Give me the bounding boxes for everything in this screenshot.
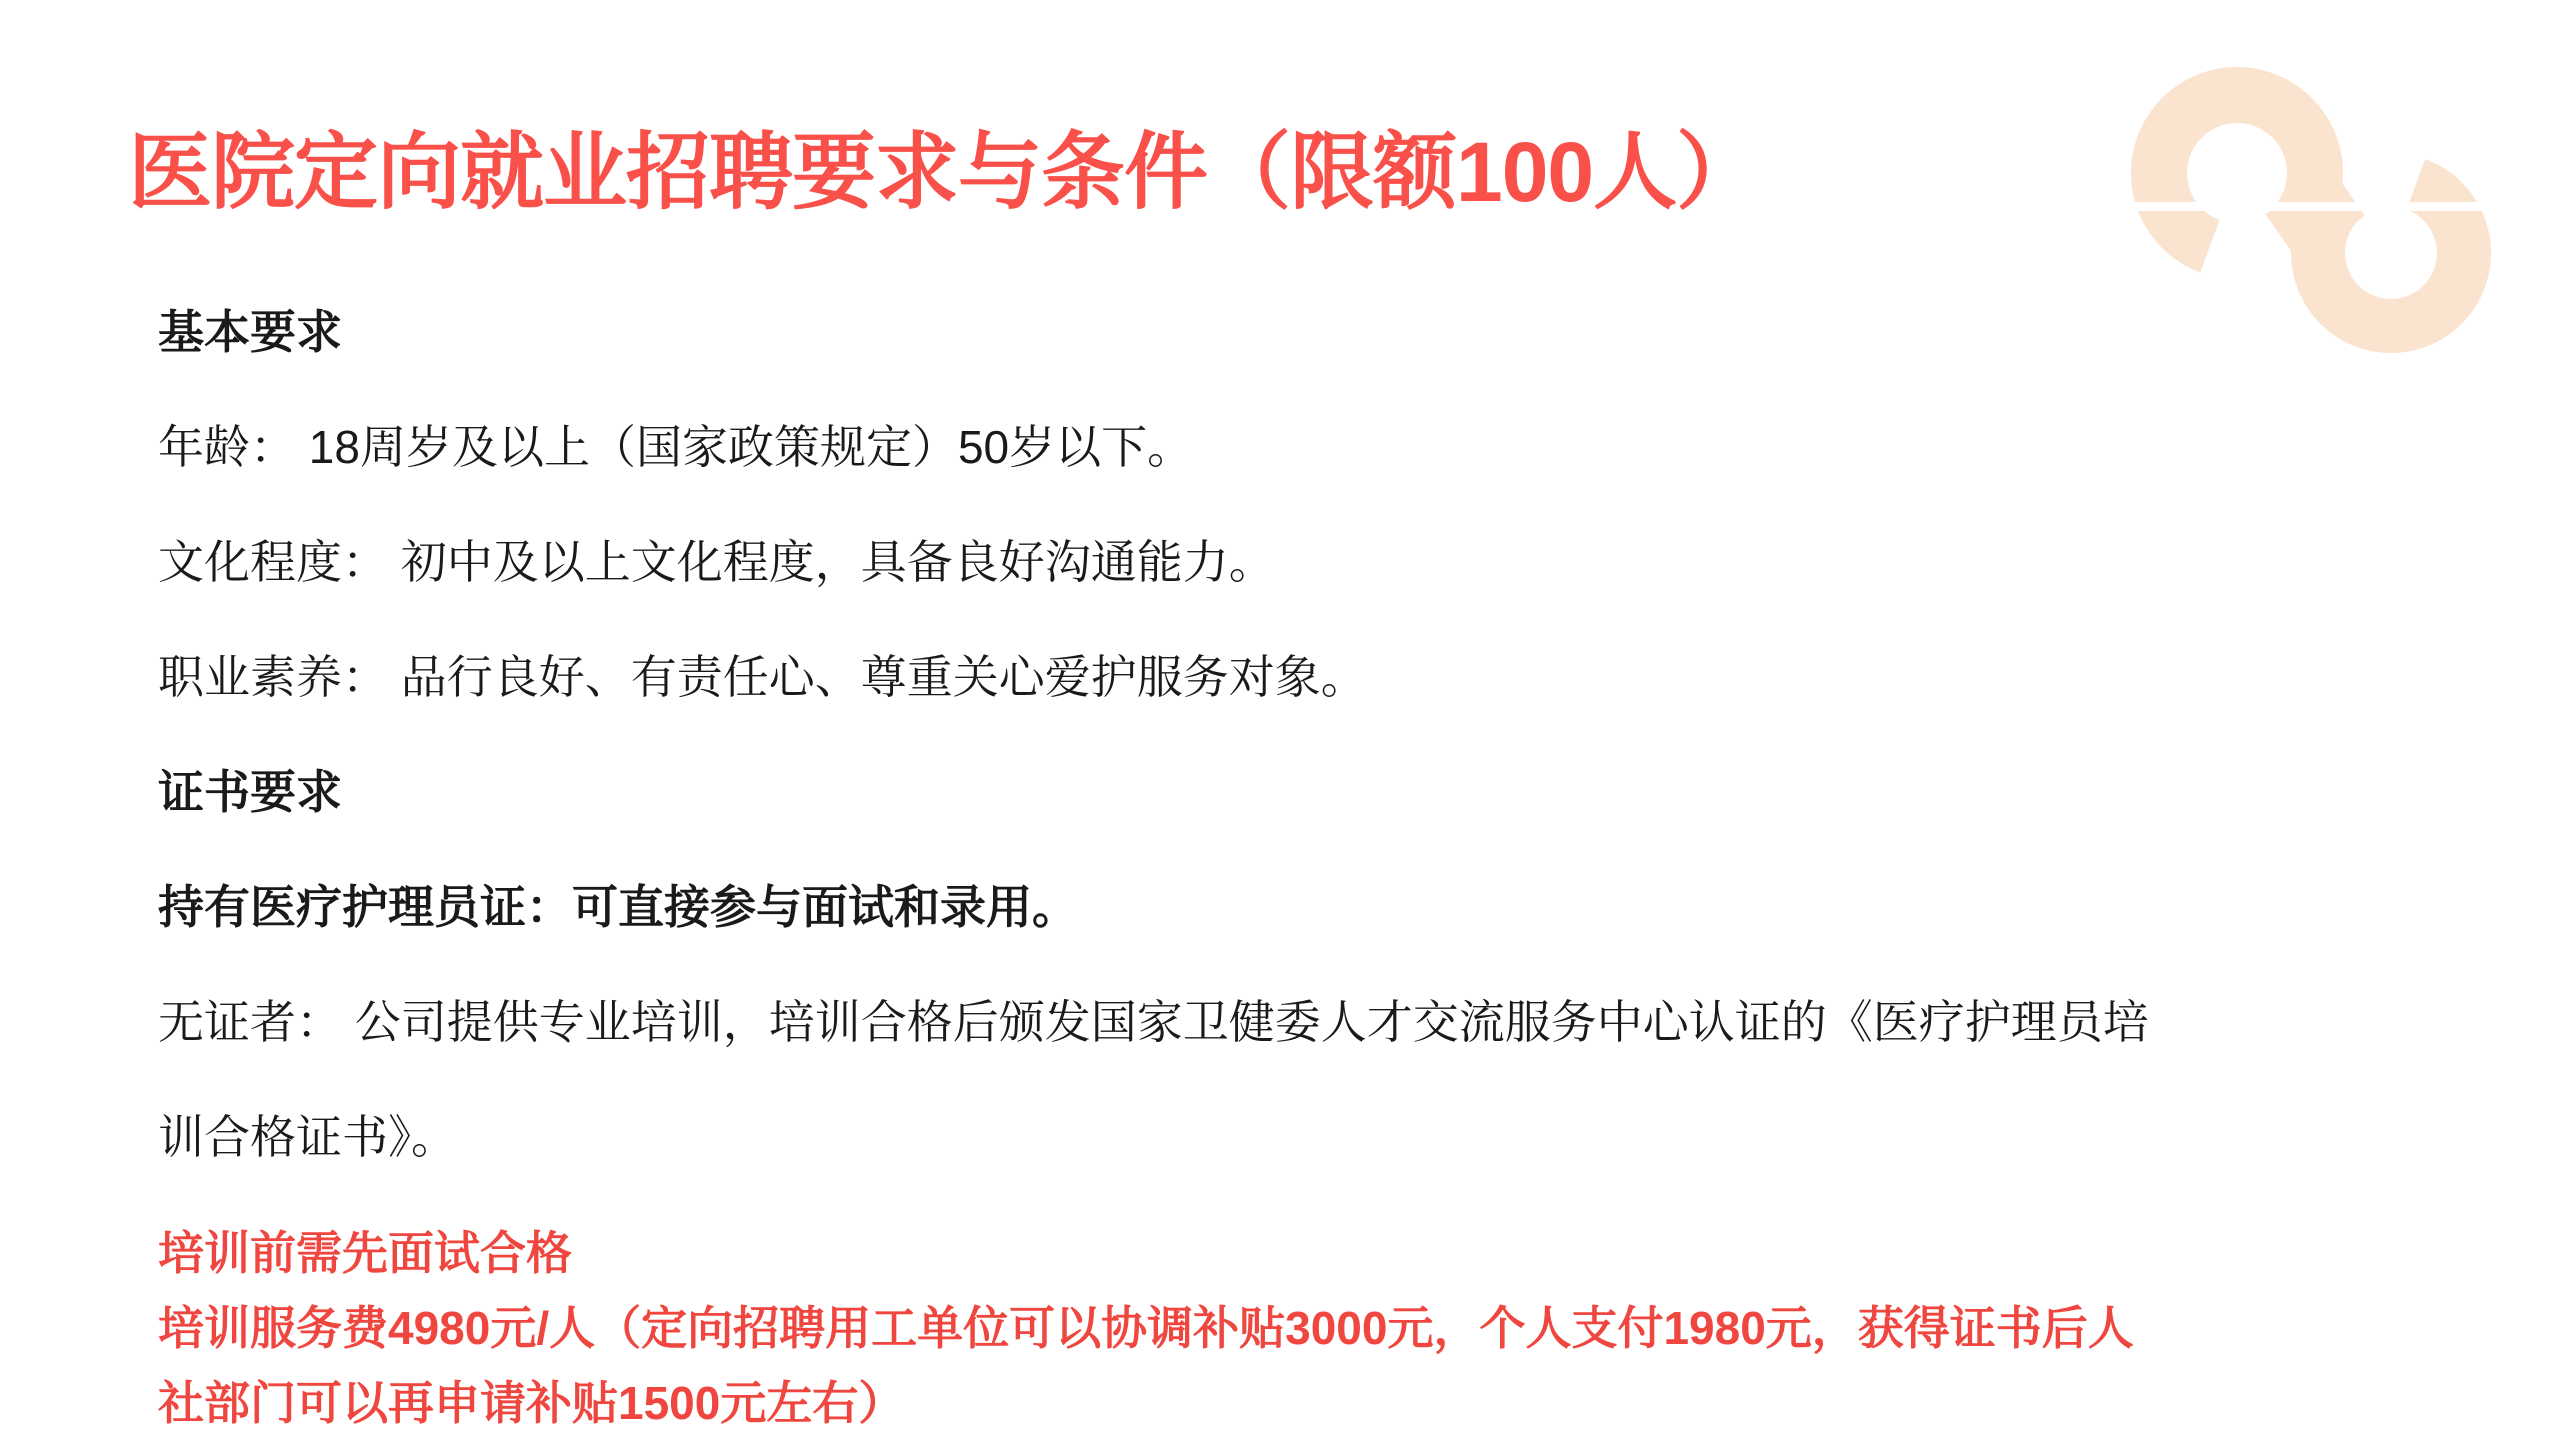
note-training-fee-line2: 社部门可以再申请补贴1500元左右） bbox=[158, 1366, 2134, 1440]
certificate-requirements-heading: 证书要求 bbox=[158, 735, 2149, 850]
interlocked-rings-logo bbox=[2095, 65, 2495, 355]
requirement-education: 文化程度： 初中及以上文化程度，具备良好沟通能力。 bbox=[158, 505, 2149, 620]
certificate-holder-policy: 持有医疗护理员证：可直接参与面试和录用。 bbox=[158, 850, 2149, 965]
requirements-body: 基本要求 年龄： 18周岁及以上（国家政策规定）50岁以下。 文化程度： 初中及… bbox=[158, 275, 2149, 1195]
requirement-conduct: 职业素养： 品行良好、有责任心、尊重关心爱护服务对象。 bbox=[158, 620, 2149, 735]
no-certificate-policy-line1: 无证者： 公司提供专业培训，培训合格后颁发国家卫健委人才交流服务中心认证的《医疗… bbox=[158, 965, 2149, 1080]
note-interview-required: 培训前需先面试合格 bbox=[158, 1216, 2134, 1291]
no-certificate-policy-line2: 训合格证书》。 bbox=[158, 1080, 2149, 1195]
page-title: 医院定向就业招聘要求与条件（限额100人） bbox=[128, 112, 1759, 232]
requirement-age: 年龄： 18周岁及以上（国家政策规定）50岁以下。 bbox=[158, 390, 2149, 505]
slide-page: 医院定向就业招聘要求与条件（限额100人） 基本要求 年龄： 18周岁及以上（国… bbox=[0, 0, 2560, 1440]
training-notes: 培训前需先面试合格 培训服务费4980元/人（定向招聘用工单位可以协调补贴300… bbox=[158, 1216, 2134, 1440]
basic-requirements-heading: 基本要求 bbox=[158, 275, 2149, 390]
logo-white-stripe bbox=[2095, 202, 2495, 211]
note-training-fee-line1: 培训服务费4980元/人（定向招聘用工单位可以协调补贴3000元，个人支付198… bbox=[158, 1291, 2134, 1366]
